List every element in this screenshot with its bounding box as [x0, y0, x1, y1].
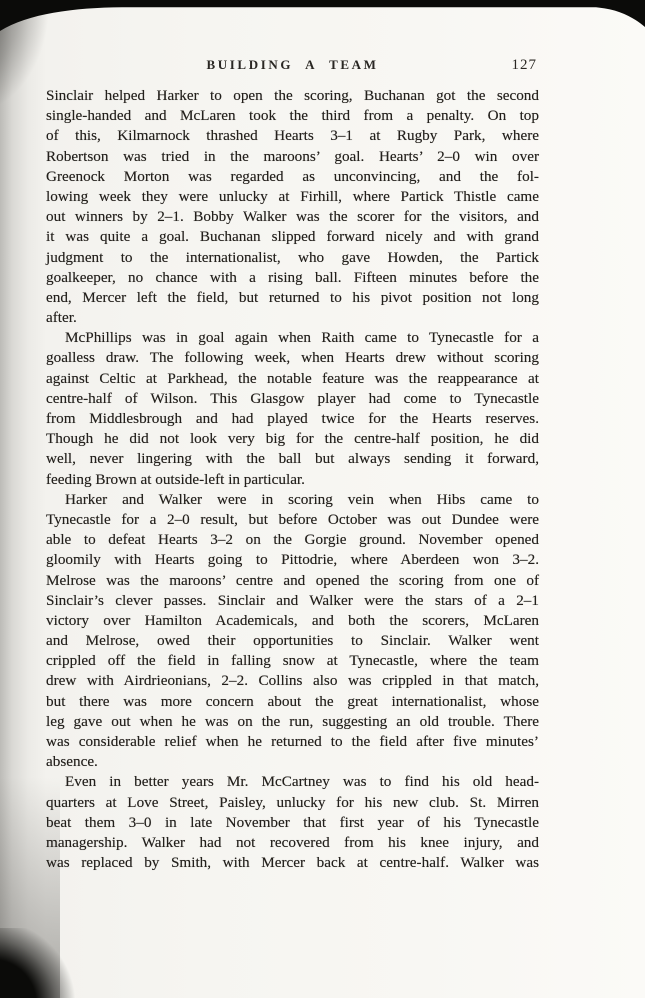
paragraph: Harker and Walker were in scoring vein w…	[46, 490, 539, 773]
scan-corner-bottom-left	[0, 928, 80, 998]
text-line: out winners by 2–1. Bobby Walker was the…	[46, 207, 539, 227]
text-line: Though he did not look very big for the …	[46, 429, 539, 449]
text-line: of this, Kilmarnock thrashed Hearts 3–1 …	[46, 126, 539, 146]
paragraph: McPhillips was in goal again when Raith …	[46, 328, 539, 490]
text-line: Tynecastle for a 2–0 result, but before …	[46, 510, 539, 530]
text-line: crippled off the field in falling snow a…	[46, 651, 539, 671]
text-line: feeding Brown at outside-left in particu…	[46, 470, 539, 490]
text-line: it was quite a goal. Buchanan slipped fo…	[46, 227, 539, 247]
text-line: judgment to the internationalist, who ga…	[46, 248, 539, 268]
text-line: absence.	[46, 752, 539, 772]
text-line: from Middlesbrough and had played twice …	[46, 409, 539, 429]
text-line: beat them 3–0 in late November that firs…	[46, 813, 539, 833]
running-title: BUILDING A TEAM	[46, 57, 539, 73]
text-line: centre-half of Wilson. This Glasgow play…	[46, 389, 539, 409]
text-line: drew with Airdrieonians, 2–2. Collins al…	[46, 671, 539, 691]
text-line: able to defeat Hearts 3–2 on the Gorgie …	[46, 530, 539, 550]
text-line: Sinclair’s clever passes. Sinclair and W…	[46, 591, 539, 611]
text-line: was considerable relief when he returned…	[46, 732, 539, 752]
text-line: goalkeeper, no chance with a rising ball…	[46, 268, 539, 288]
text-line: Sinclair helped Harker to open the scori…	[46, 86, 539, 106]
text-line: Melrose was the maroons’ centre and open…	[46, 571, 539, 591]
paragraph: Even in better years Mr. McCartney was t…	[46, 772, 539, 873]
text-line: against Celtic at Parkhead, the notable …	[46, 369, 539, 389]
text-line: and Melrose, owed their opportunities to…	[46, 631, 539, 651]
text-line: victory over Hamilton Academicals, and b…	[46, 611, 539, 631]
text-line: Robertson was tried in the maroons’ goal…	[46, 147, 539, 167]
scan-edge-top	[0, 0, 645, 34]
paragraph: Sinclair helped Harker to open the scori…	[46, 86, 539, 328]
text-line: single-handed and McLaren took the third…	[46, 106, 539, 126]
text-line: McPhillips was in goal again when Raith …	[46, 328, 539, 348]
book-page: BUILDING A TEAM 127 Sinclair helped Hark…	[0, 0, 645, 998]
text-line: managership. Walker had not recovered fr…	[46, 833, 539, 853]
page-number: 127	[512, 57, 538, 74]
text-line: Greenock Morton was regarded as unconvin…	[46, 167, 539, 187]
text-line: end, Mercer left the field, but returned…	[46, 288, 539, 308]
text-line: leg gave out when he was on the run, sug…	[46, 712, 539, 732]
text-line: goalless draw. The following week, when …	[46, 348, 539, 368]
text-line: well, never lingering with the ball but …	[46, 449, 539, 469]
page-header: BUILDING A TEAM 127	[46, 57, 539, 75]
text-line: but there was more concern about the gre…	[46, 692, 539, 712]
text-line: Harker and Walker were in scoring vein w…	[46, 490, 539, 510]
text-line: Even in better years Mr. McCartney was t…	[46, 772, 539, 792]
text-block: Sinclair helped Harker to open the scori…	[46, 86, 539, 873]
text-line: after.	[46, 308, 539, 328]
text-line: was replaced by Smith, with Mercer back …	[46, 853, 539, 873]
text-line: lowing week they were unlucky at Firhill…	[46, 187, 539, 207]
text-line: quarters at Love Street, Paisley, unluck…	[46, 793, 539, 813]
text-line: gloomily with Hearts going to Pittodrie,…	[46, 550, 539, 570]
